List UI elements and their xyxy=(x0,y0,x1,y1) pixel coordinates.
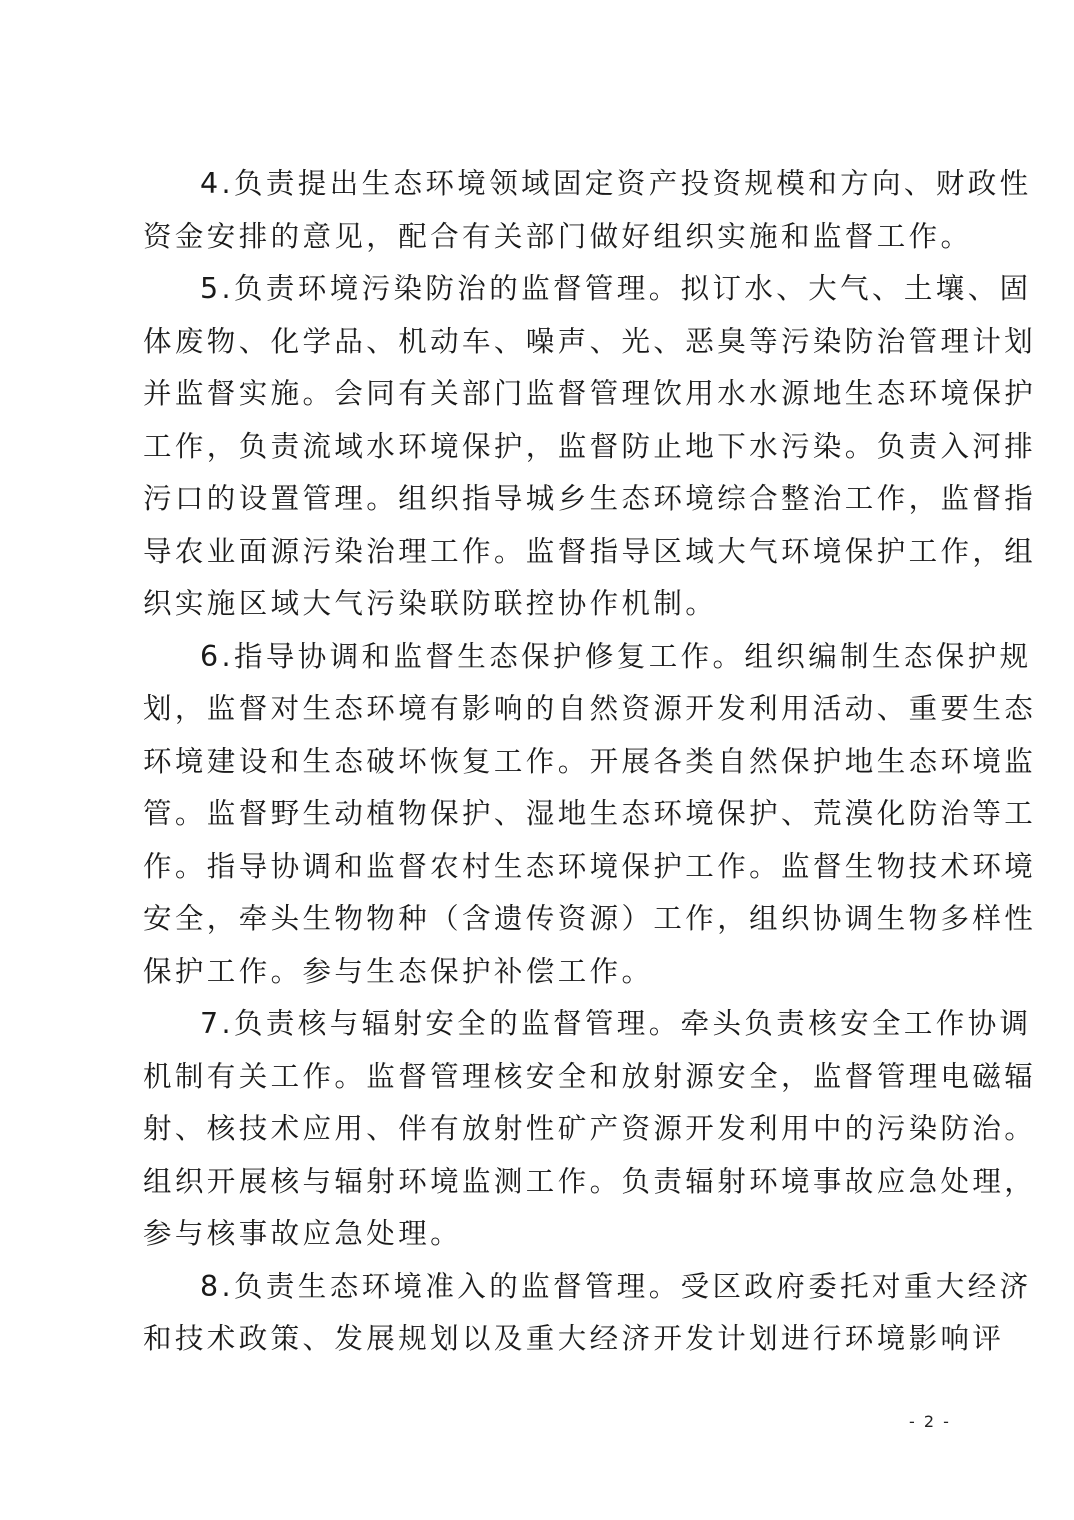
paragraph-line: 并监督实施。会同有关部门监督管理饮用水水源地生态环境保护 xyxy=(143,368,943,421)
paragraph-line: 划，监督对生态环境有影响的自然资源开发利用活动、重要生态 xyxy=(143,683,943,736)
paragraph-line: 组织开展核与辐射环境监测工作。负责辐射环境事故应急处理， xyxy=(143,1156,943,1209)
paragraph-6: 6.指导协调和监督生态保护修复工作。组织编制生态保护规 划，监督对生态环境有影响… xyxy=(143,631,943,999)
paragraph-line: 参与核事故应急处理。 xyxy=(143,1208,943,1261)
paragraph-line: 环境建设和生态破坏恢复工作。开展各类自然保护地生态环境监 xyxy=(143,736,943,789)
paragraph-line: 污口的设置管理。组织指导城乡生态环境综合整治工作，监督指 xyxy=(143,473,943,526)
paragraph-line: 织实施区域大气污染联防联控协作机制。 xyxy=(143,578,943,631)
paragraph-line: 工作，负责流域水环境保护，监督防止地下水污染。负责入河排 xyxy=(143,421,943,474)
paragraph-line: 管。监督野生动植物保护、湿地生态环境保护、荒漠化防治等工 xyxy=(143,788,943,841)
paragraph-line: 射、核技术应用、伴有放射性矿产资源开发利用中的污染防治。 xyxy=(143,1103,943,1156)
paragraph-line: 资金安排的意见，配合有关部门做好组织实施和监督工作。 xyxy=(143,211,943,264)
paragraph-line: 8.负责生态环境准入的监督管理。受区政府委托对重大经济 xyxy=(143,1261,943,1314)
paragraph-line: 5.负责环境污染防治的监督管理。拟订水、大气、土壤、固 xyxy=(143,263,943,316)
page-number: - 2 - xyxy=(905,1412,955,1431)
paragraph-line: 作。指导协调和监督农村生态环境保护工作。监督生物技术环境 xyxy=(143,841,943,894)
paragraph-line: 7.负责核与辐射安全的监督管理。牵头负责核安全工作协调 xyxy=(143,998,943,1051)
paragraph-8: 8.负责生态环境准入的监督管理。受区政府委托对重大经济 和技术政策、发展规划以及… xyxy=(143,1261,943,1366)
paragraph-line: 保护工作。参与生态保护补偿工作。 xyxy=(143,946,943,999)
paragraph-line: 4.负责提出生态环境领域固定资产投资规模和方向、财政性 xyxy=(143,158,943,211)
paragraph-line: 6.指导协调和监督生态保护修复工作。组织编制生态保护规 xyxy=(143,631,943,684)
paragraph-line: 体废物、化学品、机动车、噪声、光、恶臭等污染防治管理计划 xyxy=(143,316,943,369)
paragraph-line: 机制有关工作。监督管理核安全和放射源安全，监督管理电磁辐 xyxy=(143,1051,943,1104)
paragraph-line: 安全，牵头生物物种（含遗传资源）工作，组织协调生物多样性 xyxy=(143,893,943,946)
paragraph-line: 导农业面源污染治理工作。监督指导区域大气环境保护工作，组 xyxy=(143,526,943,579)
paragraph-4: 4.负责提出生态环境领域固定资产投资规模和方向、财政性 资金安排的意见，配合有关… xyxy=(143,158,943,263)
paragraph-7: 7.负责核与辐射安全的监督管理。牵头负责核安全工作协调 机制有关工作。监督管理核… xyxy=(143,998,943,1261)
paragraph-5: 5.负责环境污染防治的监督管理。拟订水、大气、土壤、固 体废物、化学品、机动车、… xyxy=(143,263,943,631)
document-body: 4.负责提出生态环境领域固定资产投资规模和方向、财政性 资金安排的意见，配合有关… xyxy=(143,158,943,1366)
paragraph-line: 和技术政策、发展规划以及重大经济开发计划进行环境影响评 xyxy=(143,1313,943,1366)
document-page: 4.负责提出生态环境领域固定资产投资规模和方向、财政性 资金安排的意见，配合有关… xyxy=(0,0,1074,1520)
